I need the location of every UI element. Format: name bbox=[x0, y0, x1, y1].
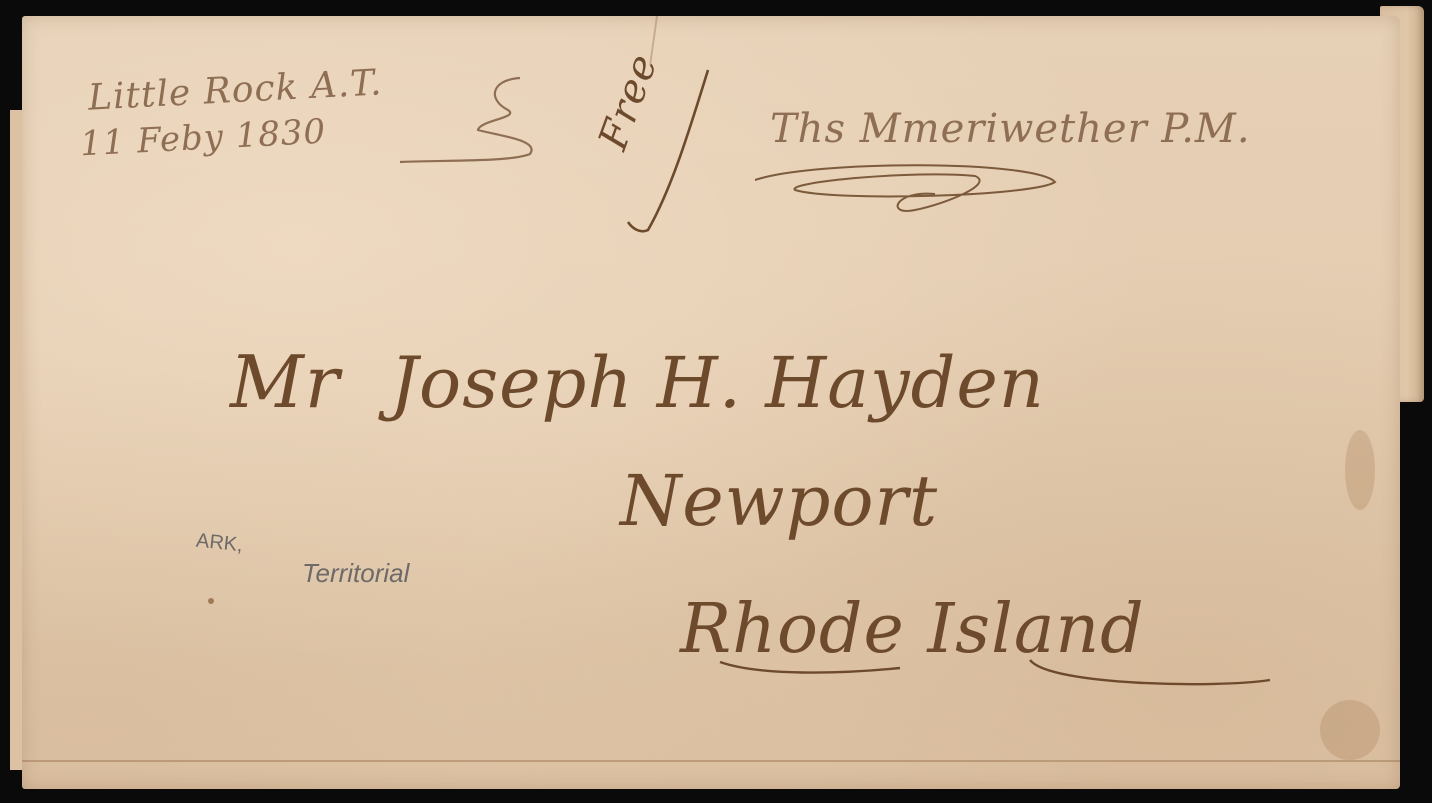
foxing-spot bbox=[208, 598, 214, 604]
free-frank-signature: Ths Mmeriwether P.M. bbox=[770, 106, 1251, 152]
photo-stage: Little Rock A.T. 11 Feby 1830 Free Ths M… bbox=[0, 0, 1432, 803]
toning-stain bbox=[1345, 430, 1375, 510]
toning-stain bbox=[1320, 700, 1380, 760]
address-name: Joseph H. Hayden bbox=[390, 342, 1045, 424]
pencil-note-abbr: ARK, bbox=[195, 530, 244, 558]
frank-flourish bbox=[735, 150, 1075, 230]
fold-crease-bottom bbox=[22, 760, 1400, 762]
rate-slash bbox=[620, 68, 710, 238]
address-salutation: Mr bbox=[230, 340, 340, 424]
pencil-note-word: Territorial bbox=[302, 558, 409, 589]
address-city: Newport bbox=[620, 460, 938, 542]
state-underline-flourish bbox=[700, 650, 1320, 710]
postmark-brace-flourish bbox=[370, 70, 570, 190]
